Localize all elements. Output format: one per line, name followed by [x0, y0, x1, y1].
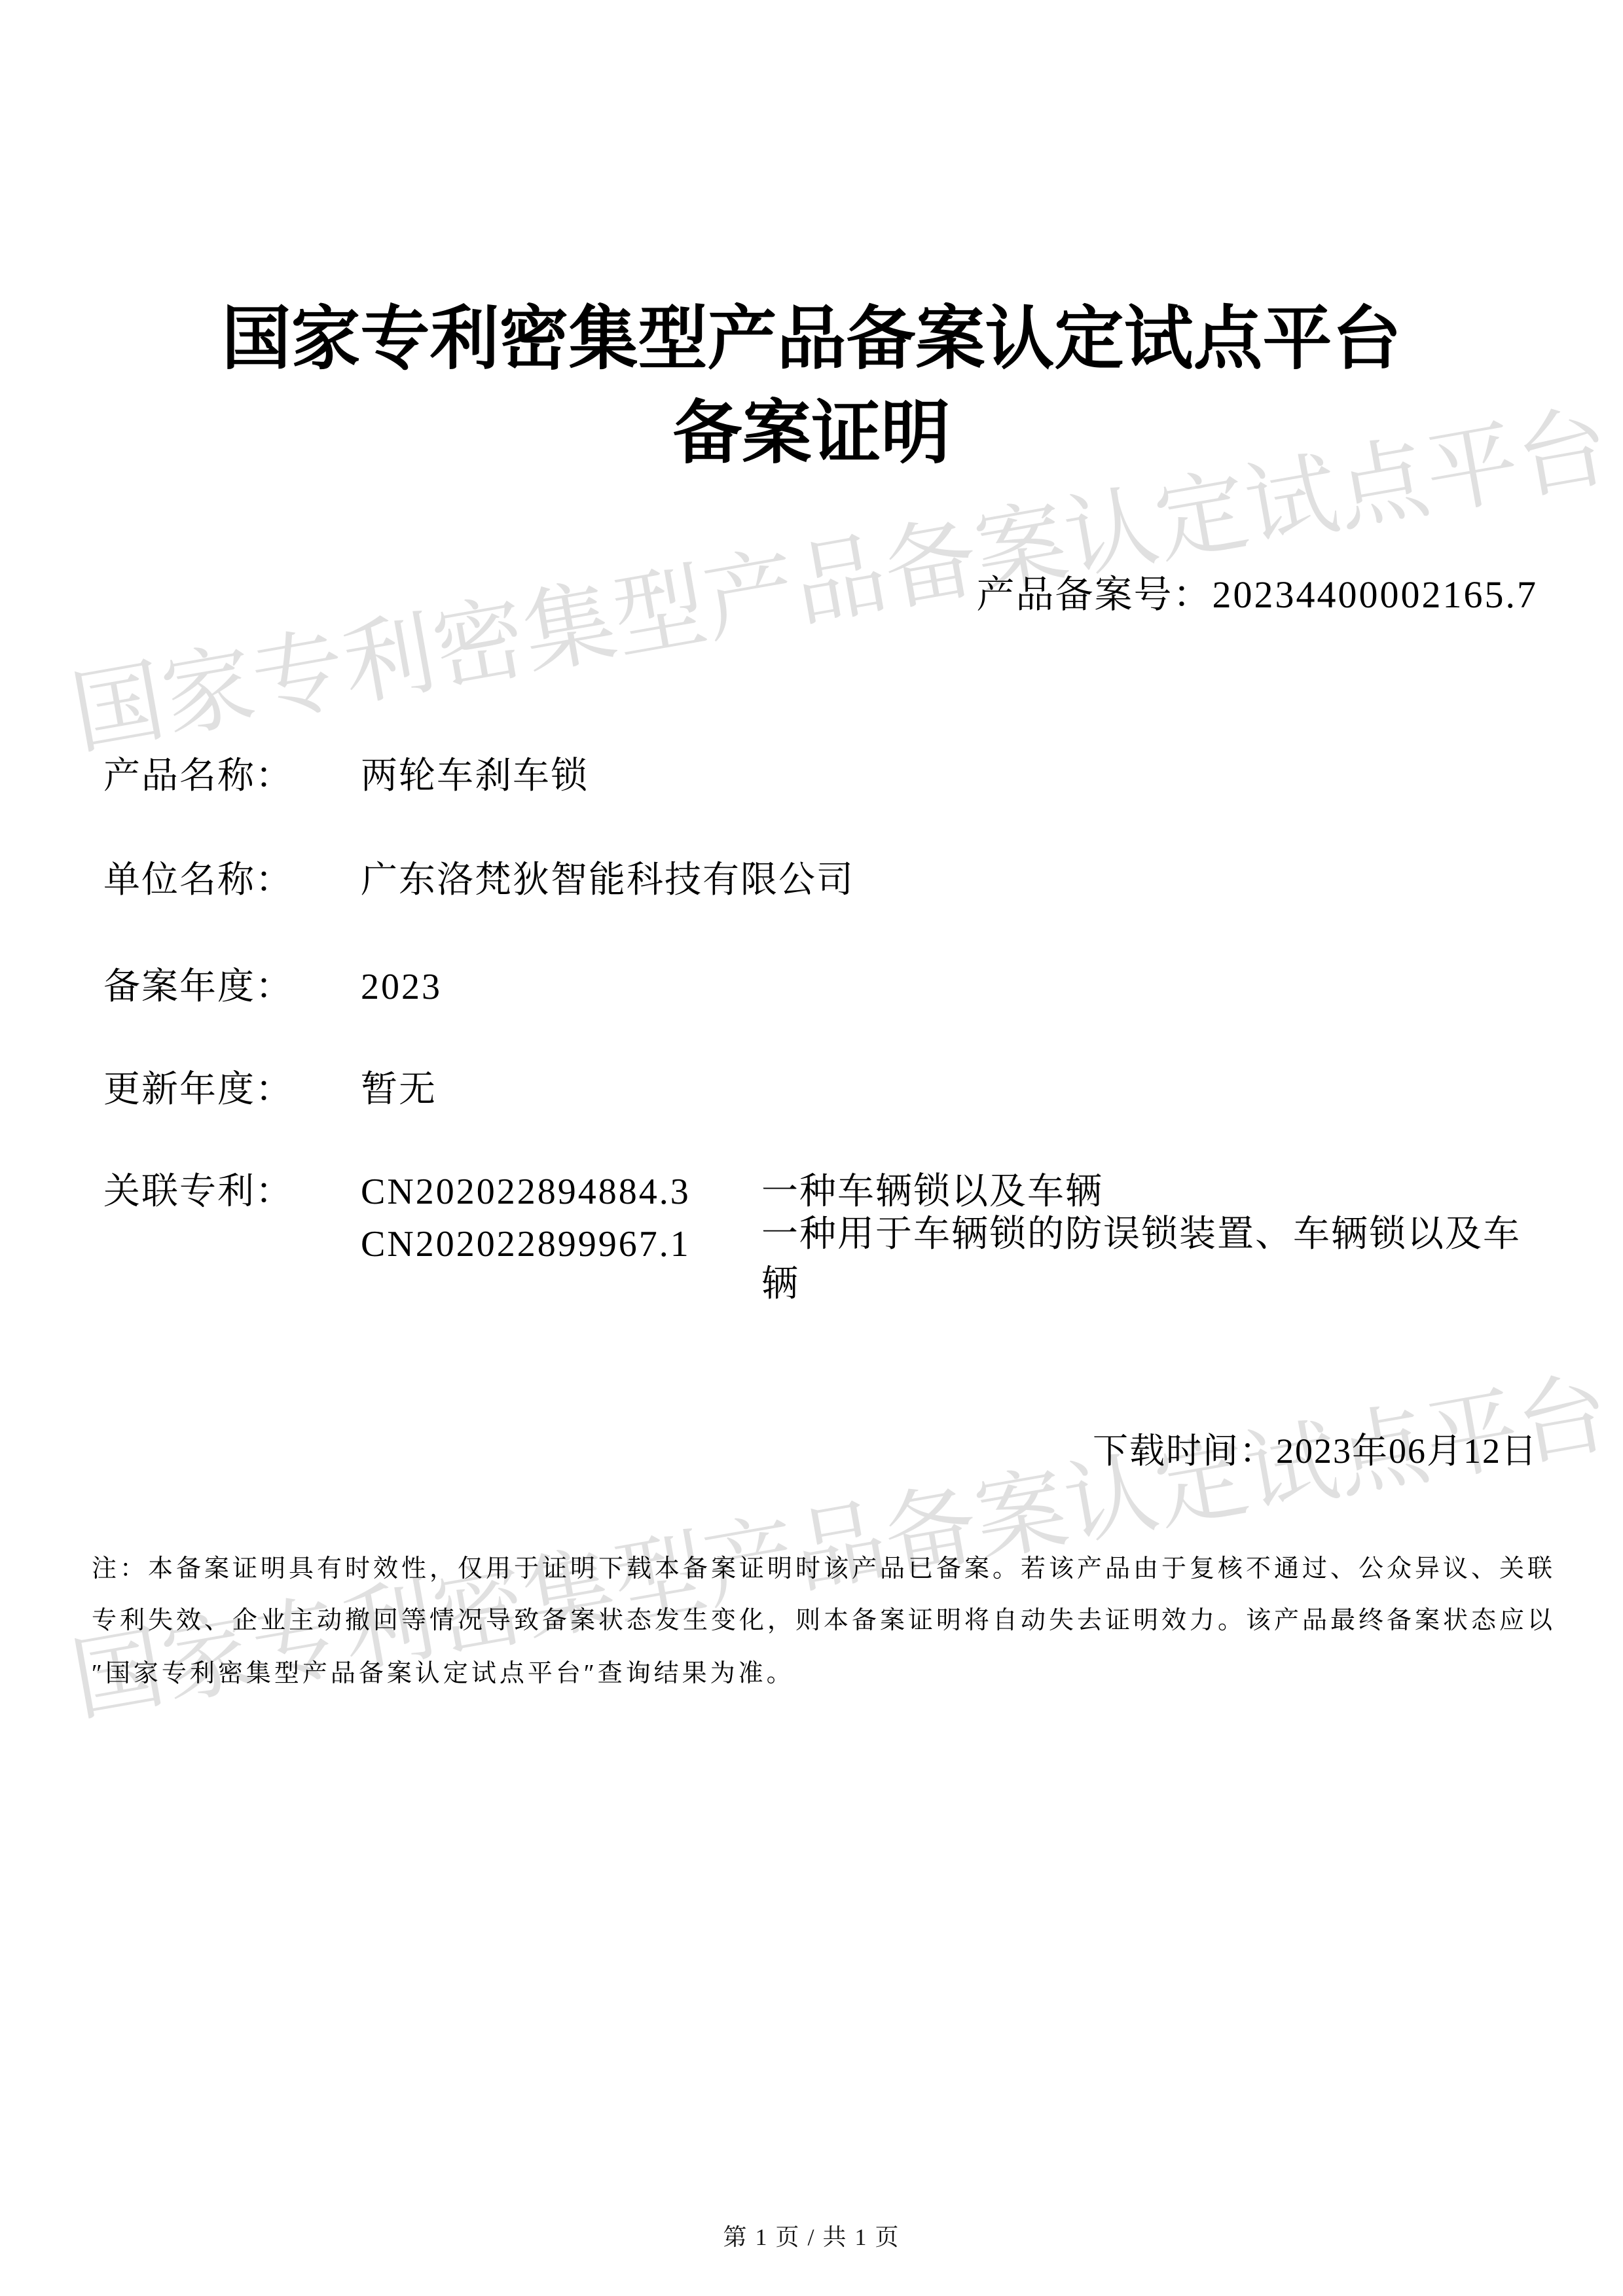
- filing-number-label: 产品备案号：: [976, 573, 1212, 616]
- patent-number-1: CN202022894884.3: [361, 1174, 691, 1210]
- patent-title-1: 一种车辆锁以及车辆: [761, 1174, 1103, 1210]
- certificate-title-line1: 国家专利密集型产品备案认定试点平台: [0, 305, 1623, 374]
- note-line-3: ″国家专利密集型产品备案认定试点平台″查询结果为准。: [92, 1661, 795, 1686]
- page-indicator: 第 1 页 / 共 1 页: [0, 2219, 1623, 2252]
- field-value-update-year: 暂无: [361, 1071, 437, 1108]
- note-line-1: 注：本备案证明具有时效性，仅用于证明下载本备案证明时该产品已备案。若该产品由于复…: [92, 1556, 1556, 1581]
- filing-number-line: 产品备案号：20234400002165.7: [976, 576, 1538, 614]
- certificate-title-line2: 备案证明: [0, 399, 1623, 469]
- patent-number-2: CN202022899967.1: [361, 1226, 691, 1263]
- field-label-company-name: 单位名称：: [103, 862, 293, 899]
- field-value-company-name: 广东洛梵狄智能科技有限公司: [361, 862, 854, 899]
- field-label-product-name: 产品名称：: [103, 758, 293, 795]
- field-value-filing-year: 2023: [361, 969, 442, 1005]
- note-line-2: 专利失效、企业主动撤回等情况导致备案状态发生变化，则本备案证明将自动失去证明效力…: [92, 1608, 1556, 1633]
- filing-number-value: 20234400002165.7: [1213, 573, 1539, 616]
- field-label-update-year: 更新年度：: [103, 1071, 293, 1108]
- certificate-page: 国家专利密集型产品备案认定试点平台 国家专利密集型产品备案认定试点平台 国家专利…: [0, 0, 1623, 2296]
- download-time-line: 下载时间：2023年06月12日: [1093, 1433, 1538, 1469]
- patent-title-2: 一种用于车辆锁的防误锁装置、车辆锁以及车辆: [761, 1210, 1527, 1309]
- field-label-filing-year: 备案年度：: [103, 969, 293, 1005]
- field-label-related-patents: 关联专利：: [103, 1174, 293, 1210]
- field-value-product-name: 两轮车刹车锁: [361, 758, 589, 795]
